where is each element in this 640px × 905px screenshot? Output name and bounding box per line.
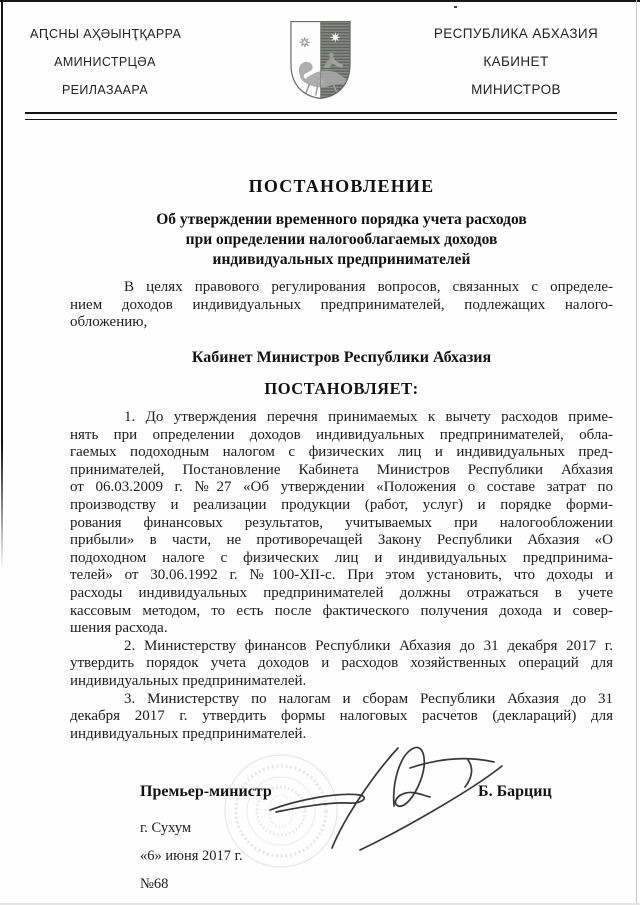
letterhead-divider (25, 112, 617, 120)
text-line: Об утверждении временного порядка учета … (70, 210, 613, 230)
text-line: шения расхода. (70, 620, 613, 638)
text-line: от 06.03.2009 г. №27 «Об утверждении «По… (70, 479, 613, 497)
text-line: принимателей, Постановление Кабинета Мин… (70, 462, 613, 480)
text-line: декабря 2017 г. утвердить формы налоговы… (70, 708, 613, 726)
text-line: АМИНИСТРЦӘА (30, 48, 180, 76)
letterhead-abkhaz-text: АԤСНЫ АҲӘЫНҬҚАРРААМИНИСТРЦӘАРЕИЛАЗААРА (30, 20, 180, 104)
paragraph-1: 1. До утверждения перечня принимаемых к … (70, 409, 613, 638)
text-line: утвердить порядок учета доходов и расход… (70, 655, 613, 673)
text-line: телей» от 30.06.1992 г. №100-XII-с. При … (70, 567, 613, 585)
handwritten-signature (262, 740, 512, 875)
text-line: прибыли» в части, не противоречащей Зако… (70, 532, 613, 550)
paragraph-2: 2. Министерству финансов Республики Абха… (70, 638, 613, 691)
text-line: 3. Министерству по налогам и сборам Респ… (70, 691, 613, 709)
scan-edge-top (0, 0, 640, 2)
text-line: подоходном налоге с физических лиц и инд… (70, 550, 613, 568)
signatory-post: Премьер-министр (140, 783, 272, 801)
text-line: при определении налогооблагаемых доходов (70, 230, 613, 250)
text-line: РЕИЛАЗААРА (30, 76, 180, 104)
preamble-paragraph: В целях правового регулирования вопросов… (70, 279, 613, 332)
text-line: нять при определении доходов индивидуаль… (70, 427, 613, 445)
document-page: АԤСНЫ АҲӘЫНҬҚАРРААМИНИСТРЦӘАРЕИЛАЗААРА (0, 0, 640, 905)
text-line: кассовым методом, то есть после фактичес… (70, 603, 613, 621)
text-line: индивидуальных предпринимателей. (70, 673, 613, 691)
text-line: РЕСПУБЛИКА АБХАЗИЯ (431, 20, 601, 48)
document-subject: Об утверждении временного порядка учета … (70, 210, 613, 270)
paragraph-3: 3. Министерству по налогам и сборам Респ… (70, 691, 613, 744)
text-line: В целях правового регулирования вопросов… (70, 279, 613, 297)
resolution-body: 1. До утверждения перечня принимаемых к … (70, 409, 613, 743)
issuer-line: Кабинет Министров Республики Абхазия (70, 349, 613, 367)
text-line: АԤСНЫ АҲӘЫНҬҚАРРА (30, 20, 180, 48)
issue-details: г. Сухум«6» июня 2017 г.№68 (140, 814, 243, 898)
text-line: индивидуальных предпринимателей (70, 250, 613, 270)
text-line: производству и реализации продукции (раб… (70, 497, 613, 515)
text-line: нием доходов индивидуальных предпринимат… (70, 297, 613, 315)
text-line: 1. До утверждения перечня принимаемых к … (70, 409, 613, 427)
scan-edge-left (1, 0, 3, 570)
signatory-name: Б. Барциц (478, 783, 552, 801)
text-line: расходы индивидуальных предпринимателей … (70, 585, 613, 603)
text-line: КАБИНЕТ (431, 48, 601, 76)
text-line: г. Сухум (140, 814, 243, 842)
decree-word: ПОСТАНОВЛЯЕТ: (70, 379, 613, 399)
text-line: 2. Министерству финансов Республики Абха… (70, 638, 613, 656)
scan-speck (454, 6, 457, 8)
text-line: гаемых подоходным налогом с физических л… (70, 444, 613, 462)
scan-edge-right (636, 0, 637, 905)
text-line: рования финансовых результатов, учитывае… (70, 515, 613, 533)
letterhead-russian-text: РЕСПУБЛИКА АБХАЗИЯКАБИНЕТМИНИСТРОВ (431, 20, 601, 104)
text-line: обложению, (70, 314, 613, 332)
text-line: №68 (140, 870, 243, 898)
text-line: МИНИСТРОВ (431, 76, 601, 104)
coat-of-arms-abkhazia-icon (288, 18, 353, 102)
text-line: «6» июня 2017 г. (140, 842, 243, 870)
document-title: ПОСТАНОВЛЕНИЕ (70, 176, 613, 197)
